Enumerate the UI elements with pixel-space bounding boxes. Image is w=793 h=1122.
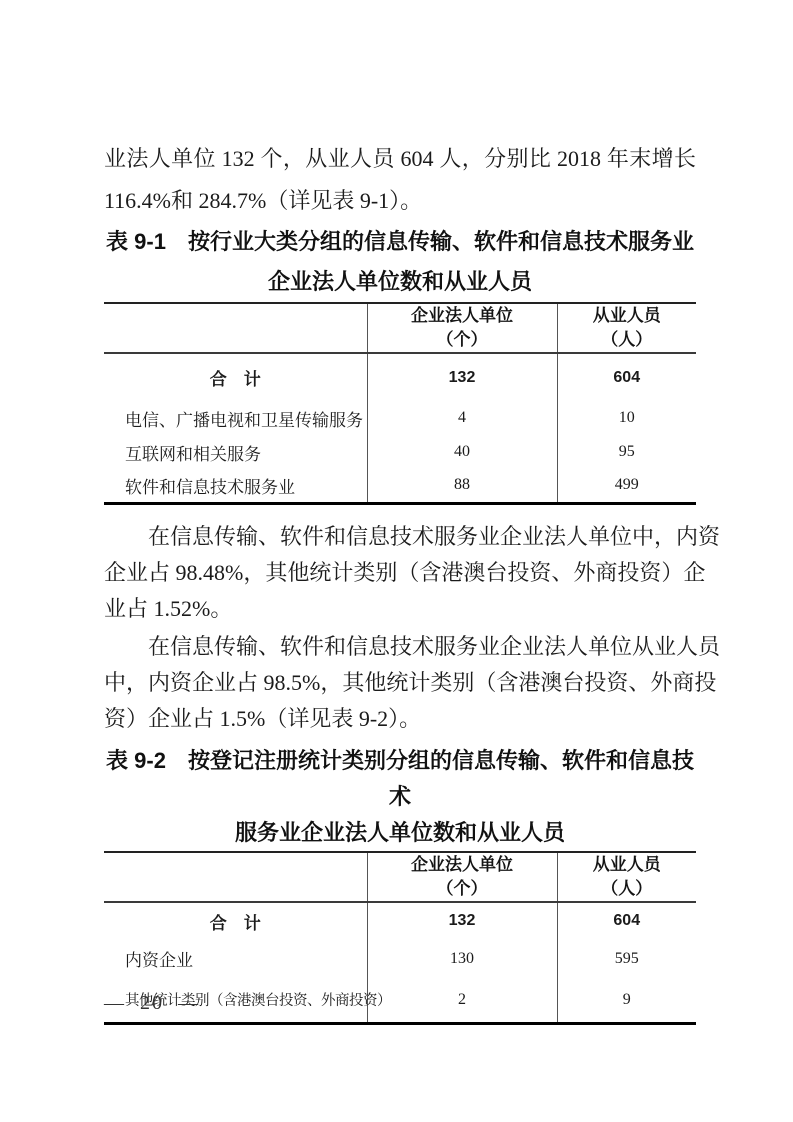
header-cell-empty (104, 852, 367, 902)
table-row: 软件和信息技术服务业 88 499 (104, 469, 696, 503)
table-row-total: 合 计 132 604 (104, 353, 696, 401)
paragraph-line: 业法人单位 132 个，从业人员 604 人，分别比 2018 年末增长 (104, 138, 696, 180)
row-value-units: 40 (367, 435, 557, 469)
page-content: 业法人单位 132 个，从业人员 604 人，分别比 2018 年末增长 116… (104, 138, 696, 1025)
header-cell-employees: 从业人员 （人） (557, 852, 696, 902)
header-cell-legal-units: 企业法人单位 （个） (367, 303, 557, 353)
header-text: 企业法人单位 (368, 853, 557, 877)
paragraph-line: 中，内资企业占 98.5%，其他统计类别（含港澳台投资、外商投 (104, 665, 696, 701)
row-label: 合 计 (104, 353, 367, 401)
row-value-persons: 9 (557, 978, 696, 1024)
table-title-line: 企业法人单位数和从业人员 (104, 262, 696, 302)
table-9-1-title: 表 9-1 按行业大类分组的信息传输、软件和信息技术服务业 企业法人单位数和从业… (104, 222, 696, 302)
paragraph-line: 116.4%和 284.7%（详见表 9-1）。 (104, 180, 696, 222)
table-header-row: 企业法人单位 （个） 从业人员 （人） (104, 303, 696, 353)
header-cell-legal-units: 企业法人单位 （个） (367, 852, 557, 902)
table-title-line: 表 9-1 按行业大类分组的信息传输、软件和信息技术服务业 (104, 222, 696, 262)
row-value-units: 132 (367, 902, 557, 940)
row-label: 合 计 (104, 902, 367, 940)
table-title-line: 服务业企业法人单位数和从业人员 (104, 815, 696, 851)
row-value-persons: 499 (557, 469, 696, 503)
row-value-units: 88 (367, 469, 557, 503)
paragraph-line: 企业占 98.48%，其他统计类别（含港澳台投资、外商投资）企 (104, 555, 696, 591)
table-title-line: 表 9-2 按登记注册统计类别分组的信息传输、软件和信息技术 (104, 743, 696, 815)
table-header-row: 企业法人单位 （个） 从业人员 （人） (104, 852, 696, 902)
row-label: 电信、广播电视和卫星传输服务 (104, 401, 367, 435)
header-unit: （个） (368, 328, 557, 352)
paragraph-line: 在信息传输、软件和信息技术服务业企业法人单位从业人员 (104, 629, 696, 665)
paragraph-line: 在信息传输、软件和信息技术服务业企业法人单位中，内资 (104, 519, 696, 555)
header-unit: （人） (558, 328, 697, 352)
row-value-persons: 95 (557, 435, 696, 469)
table-row: 互联网和相关服务 40 95 (104, 435, 696, 469)
table-9-2-title: 表 9-2 按登记注册统计类别分组的信息传输、软件和信息技术 服务业企业法人单位… (104, 743, 696, 851)
header-text: 从业人员 (558, 304, 697, 328)
row-value-persons: 604 (557, 353, 696, 401)
row-label: 内资企业 (104, 940, 367, 978)
header-unit: （个） (368, 877, 557, 901)
header-text: 从业人员 (558, 853, 697, 877)
body-paragraph-1: 业法人单位 132 个，从业人员 604 人，分别比 2018 年末增长 116… (104, 138, 696, 222)
table-row-total: 合 计 132 604 (104, 902, 696, 940)
body-paragraph-3: 在信息传输、软件和信息技术服务业企业法人单位从业人员 中，内资企业占 98.5%… (104, 629, 696, 737)
header-cell-empty (104, 303, 367, 353)
row-label: 互联网和相关服务 (104, 435, 367, 469)
row-label: 软件和信息技术服务业 (104, 469, 367, 503)
page-number-footer: — 20 — (104, 992, 200, 1015)
row-value-persons: 604 (557, 902, 696, 940)
row-value-units: 130 (367, 940, 557, 978)
header-text: 企业法人单位 (368, 304, 557, 328)
table-row: 内资企业 130 595 (104, 940, 696, 978)
header-cell-employees: 从业人员 （人） (557, 303, 696, 353)
row-value-units: 2 (367, 978, 557, 1024)
table-9-1: 企业法人单位 （个） 从业人员 （人） 合 计 132 604 电信、广播电视和… (104, 302, 696, 505)
header-unit: （人） (558, 877, 697, 901)
body-paragraph-2: 在信息传输、软件和信息技术服务业企业法人单位中，内资 企业占 98.48%，其他… (104, 519, 696, 627)
row-value-persons: 595 (557, 940, 696, 978)
table-row: 电信、广播电视和卫星传输服务 4 10 (104, 401, 696, 435)
row-value-units: 132 (367, 353, 557, 401)
paragraph-line: 业占 1.52%。 (104, 591, 696, 627)
paragraph-line: 资）企业占 1.5%（详见表 9-2）。 (104, 701, 696, 737)
document-page: { "paragraphs": [ { "lines": [ "业法人单位 13… (0, 0, 793, 1122)
row-value-persons: 10 (557, 401, 696, 435)
row-value-units: 4 (367, 401, 557, 435)
